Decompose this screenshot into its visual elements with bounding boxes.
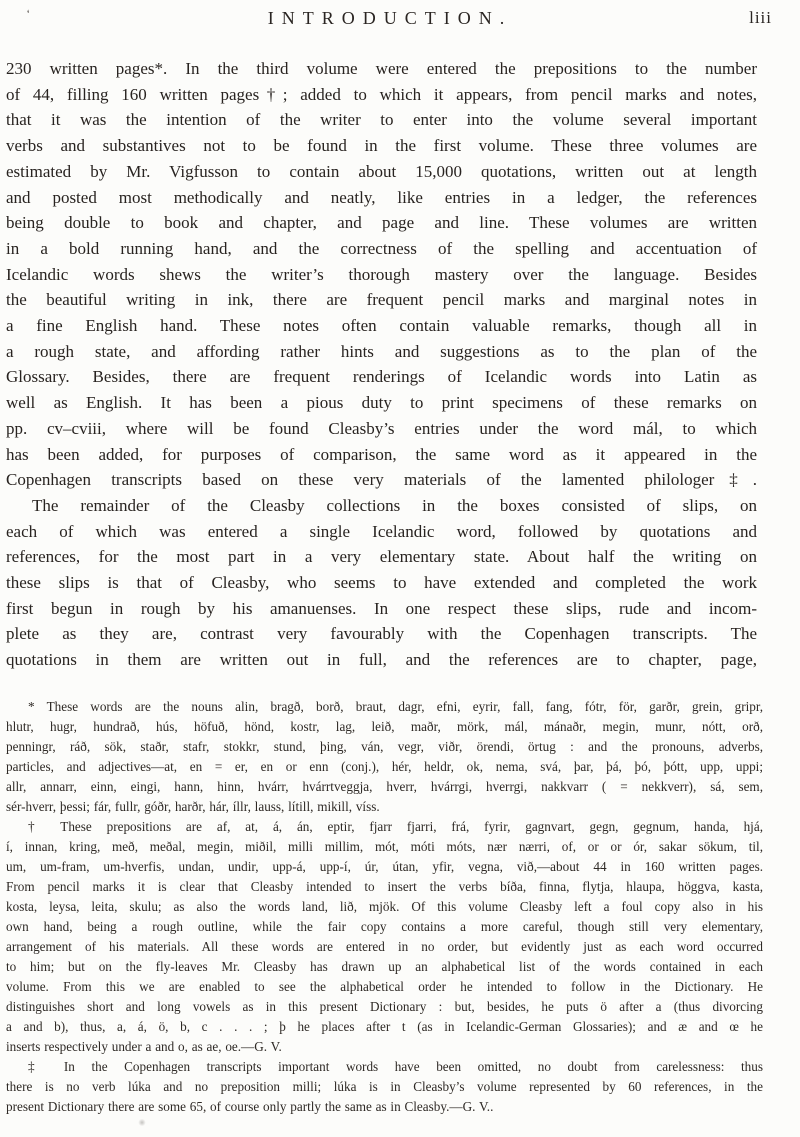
body-text-line: these slips is that of Cleasby, who seem… xyxy=(6,570,757,596)
body-text-line: estimated by Mr. Vigfusson to contain ab… xyxy=(6,159,757,185)
footnote-line: allr, annarr, einn, eingi, hann, hinn, h… xyxy=(6,777,763,797)
footnote-line: a and b), thus, a, á, ö, b, c . . . ; þ … xyxy=(6,1017,763,1037)
body-text-line: of 44, filling 160 written pages†; added… xyxy=(6,82,757,108)
footnote-line: † These prepositions are af, at, á, án, … xyxy=(6,817,763,837)
footnote-line: hlutr, hugr, hundrað, hús, höfuð, hönd, … xyxy=(6,717,763,737)
footnote-line: volume. From this we are enabled to see … xyxy=(6,977,763,997)
running-head: ‘ INTRODUCTION. liii xyxy=(0,6,800,32)
body-text-line: first begun in rough by his amanuenses. … xyxy=(6,596,757,622)
body-text-line: references, for the most part in a very … xyxy=(6,544,757,570)
footnote-line: own hand, being a rough outline, while t… xyxy=(6,917,763,937)
footnote-line: penningr, ráð, sök, staðr, stafr, stokkr… xyxy=(6,737,763,757)
footnote-line: arrangement of his materials. All these … xyxy=(6,937,763,957)
footnote-line: um, um-fram, um-hverfis, undan, undir, u… xyxy=(6,857,763,877)
footnote-line: inserts respectively under a and o, as a… xyxy=(6,1037,763,1057)
main-text-block: 230 written pages*. In the third volume … xyxy=(6,56,757,673)
footnote-line: to him; but on the fly-leaves Mr. Cleasb… xyxy=(6,957,763,977)
page-title: INTRODUCTION. xyxy=(0,8,780,29)
body-text-line: verbs and substantives not to be found i… xyxy=(6,133,757,159)
body-text-line: Copenhagen transcripts based on these ve… xyxy=(6,467,757,493)
body-text-line: being double to book and chapter, and pa… xyxy=(6,210,757,236)
body-text-line: 230 written pages*. In the third volume … xyxy=(6,56,757,82)
footnote-line: kosta, leysa, leita, skulu; as also the … xyxy=(6,897,763,917)
body-text-line: a fine English hand. These notes often c… xyxy=(6,313,757,339)
body-text-line: pp. cv–cviii, where will be found Cleasb… xyxy=(6,416,757,442)
body-text-line: quotations in them are written out in fu… xyxy=(6,647,757,673)
footnotes-block: * These words are the nouns alin, bragð,… xyxy=(6,697,763,1117)
body-text-line: that it was the intention of the writer … xyxy=(6,107,757,133)
footnote-line: ‡ In the Copenhagen transcripts importan… xyxy=(6,1057,763,1077)
page-number: liii xyxy=(749,8,772,28)
footnote-line: From pencil marks it is clear that Cleas… xyxy=(6,877,763,897)
body-text-line: Glossary. Besides, there are frequent re… xyxy=(6,364,757,390)
footnote-line: sér-hverr, þessi; fár, fullr, góðr, harð… xyxy=(6,797,763,817)
body-text-line: a rough state, and affording rather hint… xyxy=(6,339,757,365)
footnote-line: there is no verb lúka and no preposition… xyxy=(6,1077,763,1097)
footnote-line: particles, and adjectives—at, en = er, e… xyxy=(6,757,763,777)
body-text-line: well as English. It has been a pious dut… xyxy=(6,390,757,416)
book-page: ‘ INTRODUCTION. liii 230 written pages*.… xyxy=(0,0,800,1137)
body-text-line: and posted most methodically and neatly,… xyxy=(6,185,757,211)
body-text-line: The remainder of the Cleasby collections… xyxy=(6,493,757,519)
footnote-line: * These words are the nouns alin, bragð,… xyxy=(6,697,763,717)
body-text-line: Icelandic words shews the writer’s thoro… xyxy=(6,262,757,288)
footnote-line: present Dictionary there are some 65, of… xyxy=(6,1097,763,1117)
scan-smudge xyxy=(138,1119,146,1126)
body-text-line: plete as they are, contrast very favoura… xyxy=(6,621,757,647)
body-text-line: the beautiful writing in ink, there are … xyxy=(6,287,757,313)
body-text-line: each of which was entered a single Icela… xyxy=(6,519,757,545)
body-text-line: in a bold running hand, and the correctn… xyxy=(6,236,757,262)
footnote-line: distinguishes short and long vowels as i… xyxy=(6,997,763,1017)
body-text-line: has been added, for purposes of comparis… xyxy=(6,442,757,468)
footnote-line: í, innan, kring, með, meðal, megin, miði… xyxy=(6,837,763,857)
